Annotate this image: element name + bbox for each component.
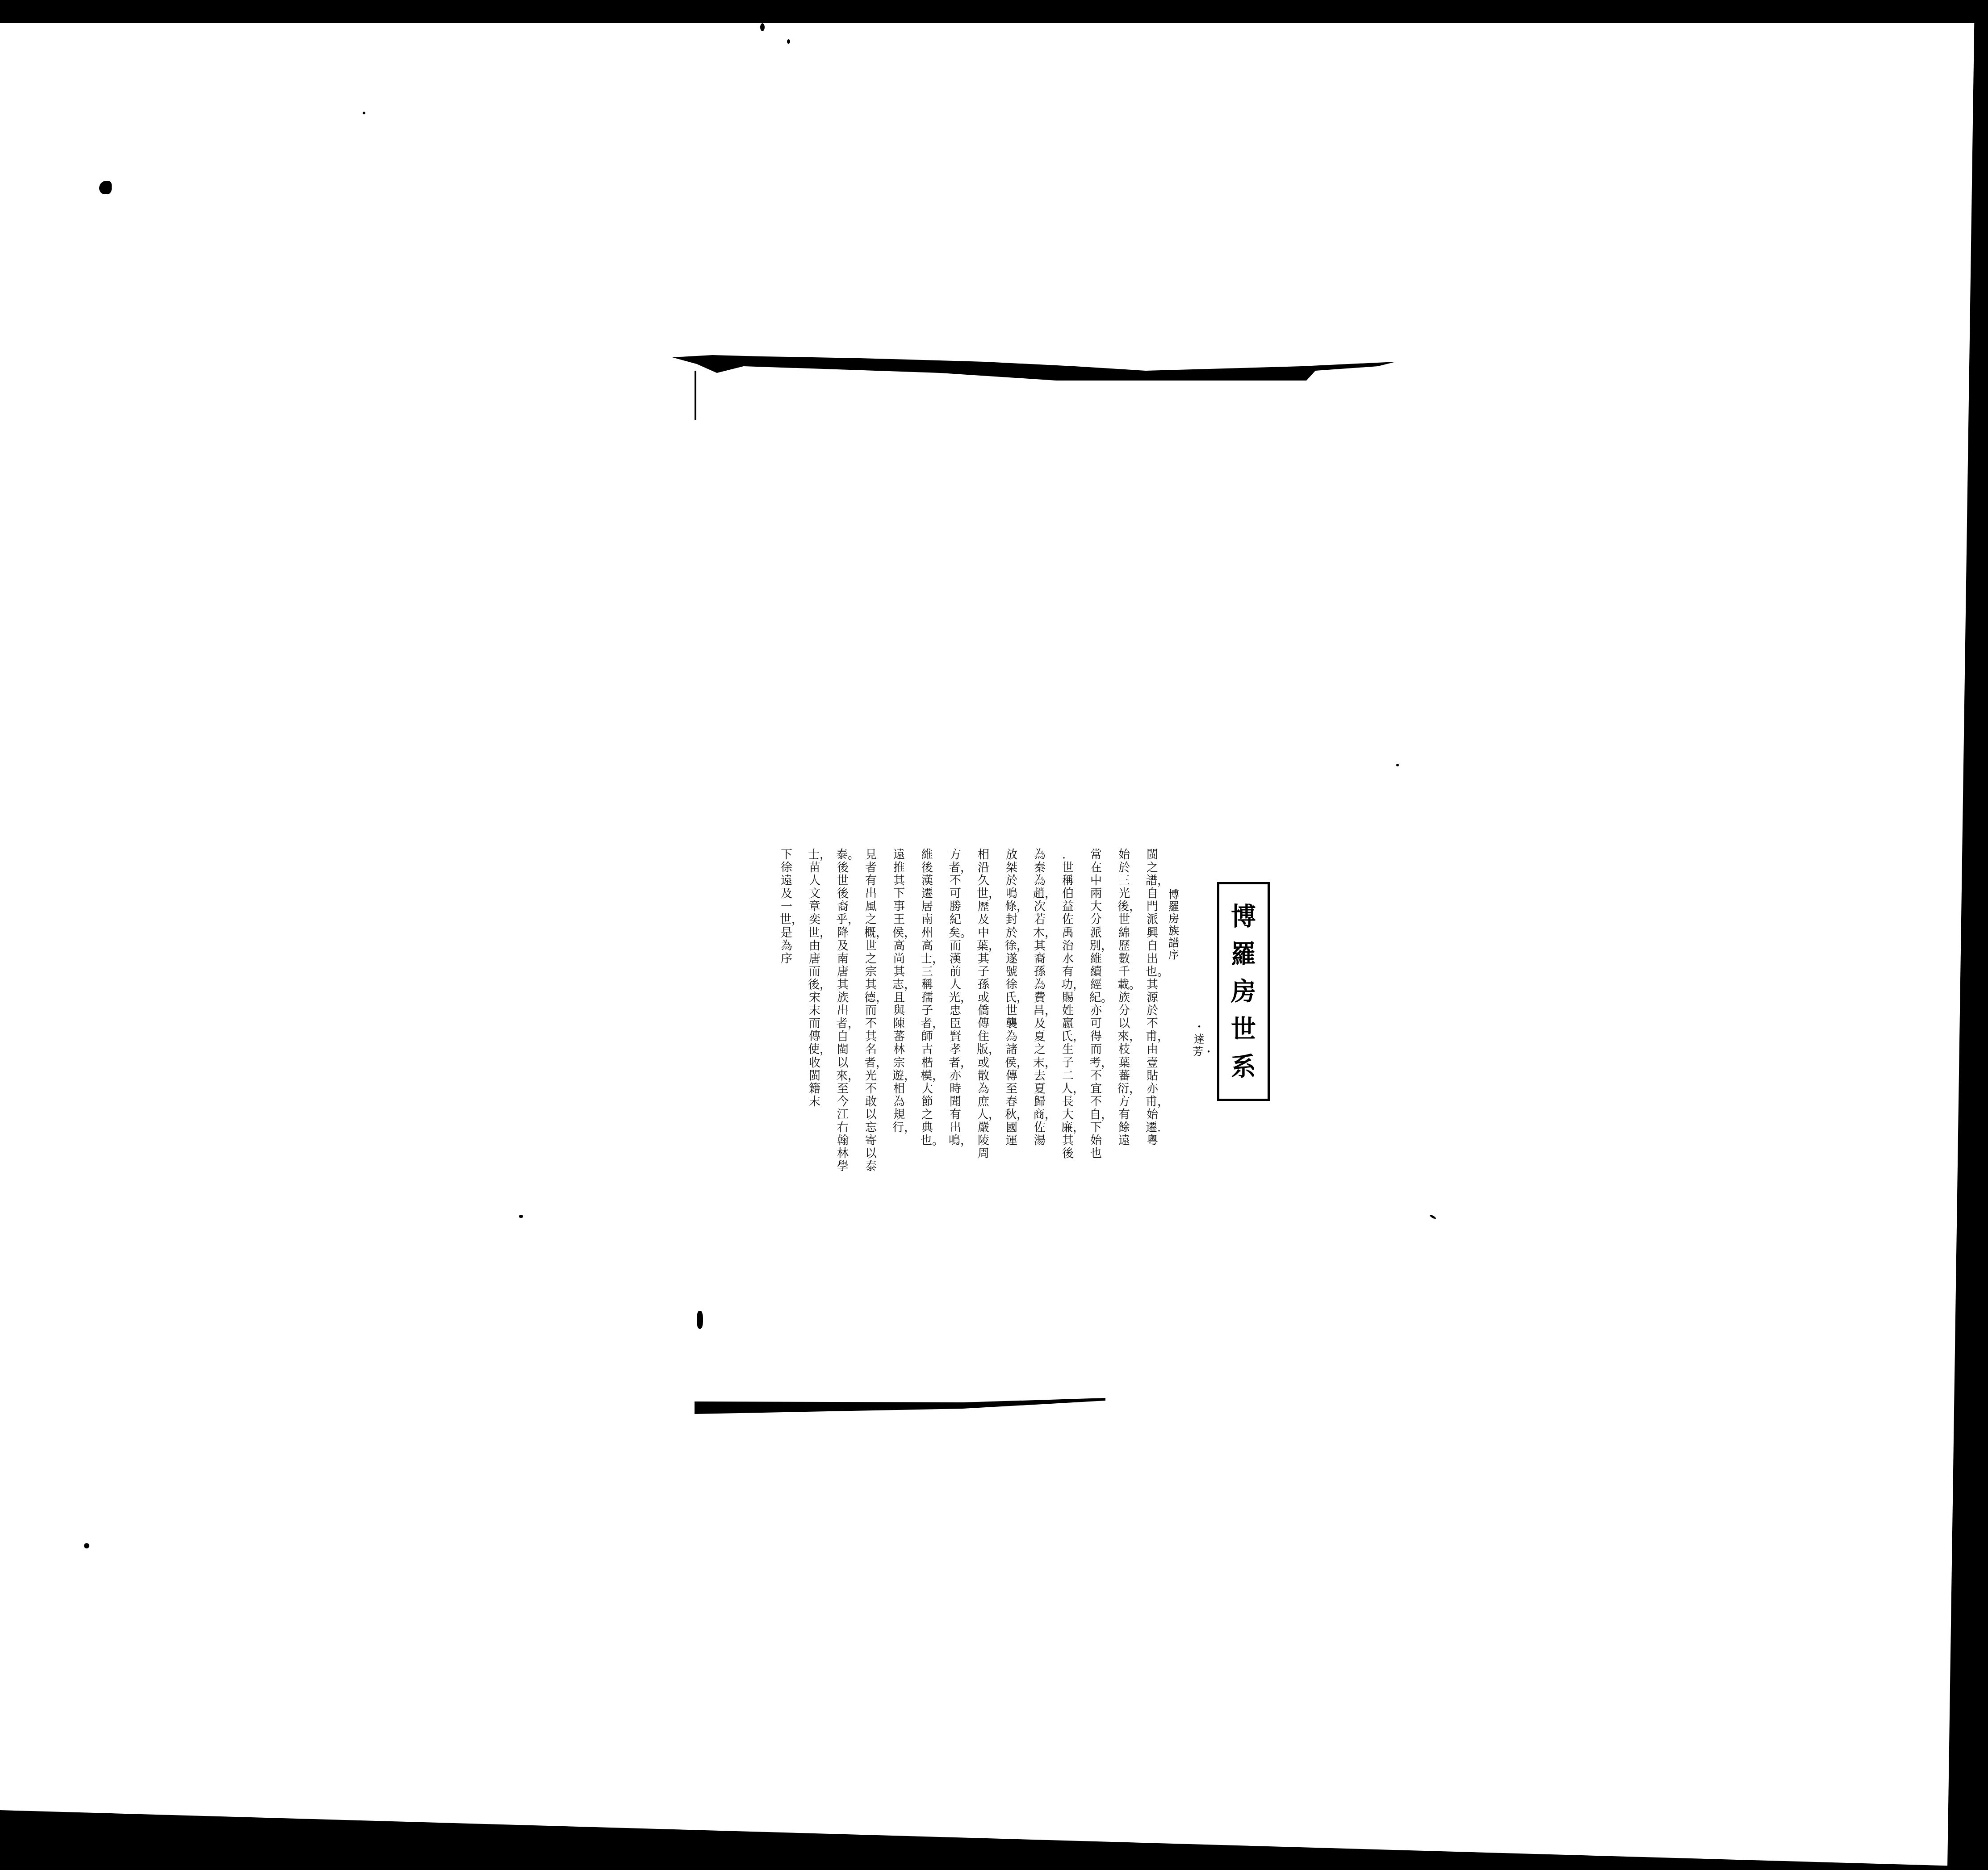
text-column: 閩之譜，自門派興自出也。其源於不甫，由壹貼亦甫，始遷．粵	[1146, 849, 1159, 1219]
title-char: 博	[1231, 904, 1256, 929]
ink-speckle	[1396, 764, 1399, 766]
text-column: 放桀於鳴條，封於徐，遂號徐氏，世襲為諸侯，傳至春秋，國運	[1005, 849, 1018, 1219]
ink-speckle	[787, 39, 790, 44]
title-char: 房	[1231, 979, 1256, 1004]
scan-border-top	[0, 0, 1988, 23]
title-box: 博 羅 房 世 系	[1217, 882, 1270, 1101]
ink-speckle	[99, 181, 112, 194]
text-column: 見者有出風之概，世之宗其德，而不其名者，光不敢以忘寄以泰	[864, 849, 878, 1219]
ink-drip	[695, 371, 696, 420]
text-column: ．世稱伯益佐禹治水有功，賜姓嬴氏，生子二人，長大廉，其後	[1061, 849, 1075, 1219]
text-column: 泰。後世後裔乎，降及南唐其族出者，自閩以來，至今江右翰林學	[836, 849, 850, 1219]
text-column: 維後漢遷居南州高士，三稱孺子者，師古楷模，大節之典也。	[921, 849, 934, 1219]
text-column: 相沿久世，歷及中葉，其子孫或僑傳住版，或散為庶人，嚴陵周	[977, 849, 990, 1219]
ink-speckle	[363, 112, 365, 114]
title-char: 羅	[1231, 941, 1256, 966]
text-column: 為秦為趙，次若木，其裔孫為費昌，及夏之末，去夏歸商，佐湯	[1033, 849, 1046, 1219]
title-char: 世	[1231, 1017, 1256, 1042]
author-name: ・達芳・	[1193, 1021, 1206, 1058]
scan-border-bottom	[0, 1804, 1988, 1870]
text-column: 下徐遠及一世，是為序	[780, 849, 793, 1219]
ink-speckle	[519, 1215, 523, 1218]
ink-speckle	[1429, 1214, 1436, 1219]
text-column: 始於三光後，世綿歷數千載。族分以來，枝葉蕃衍，方有餘遠	[1117, 849, 1131, 1219]
ink-speckle	[84, 1543, 89, 1548]
ink-brush-stroke-bottom	[695, 1398, 1105, 1416]
scan-border-right	[1921, 0, 1988, 1870]
title-char: 系	[1231, 1054, 1256, 1079]
text-column: 遠推其下事王侯，高尚其志，且與陳蕃林宗遊，相為規行，	[892, 849, 906, 1219]
ink-brush-stroke-top	[672, 353, 1396, 389]
text-column: 士，苗人文章奕世，由唐而後，宋末而傳使，收閩籍末	[808, 849, 821, 1219]
ink-speckle	[697, 1311, 703, 1329]
preface-heading: 博羅房族譜序	[1167, 889, 1180, 961]
preface-body: 閩之譜，自門派興自出也。其源於不甫，由壹貼亦甫，始遷．粵 始於三光後，世綿歷數千…	[775, 849, 1159, 1219]
ink-speckle	[760, 23, 765, 31]
text-column: 方者，不可勝紀矣。而漢前人光，忠臣賢孝者，亦時聞有出鳴，	[949, 849, 962, 1219]
text-column: 常在中兩大分派別，維續經紀。亦可得而考，不宜不自，下始也	[1089, 849, 1103, 1219]
